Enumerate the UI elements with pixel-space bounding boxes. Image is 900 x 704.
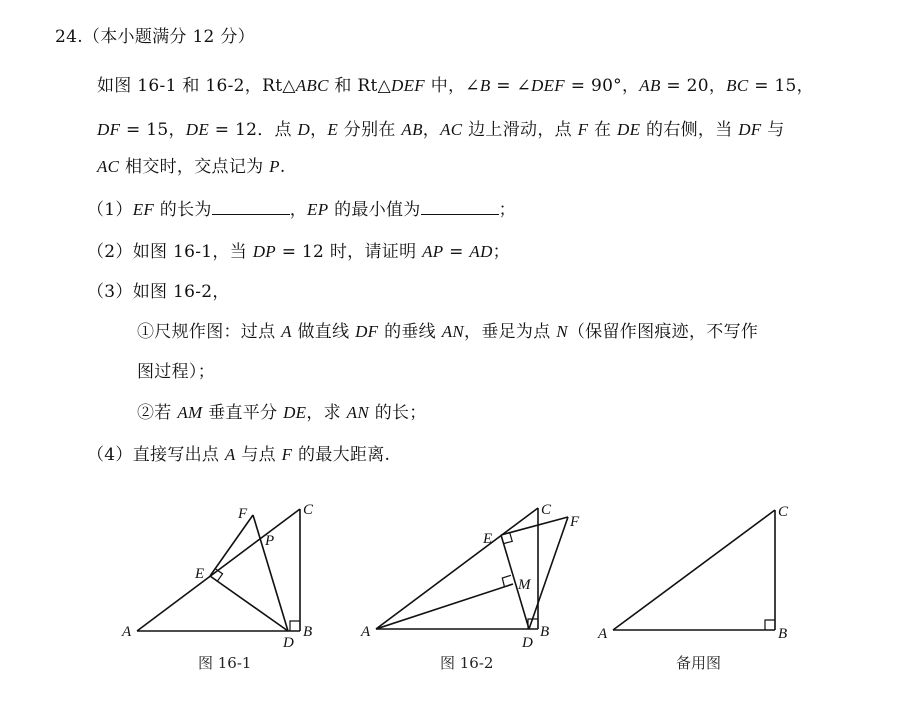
point-label-A: A (360, 624, 371, 640)
point-label-C: C (541, 502, 552, 518)
point-label-P: P (264, 533, 274, 549)
point-label-A: A (597, 626, 608, 642)
segment-EF (210, 515, 253, 576)
figure-caption-spare: 备用图 (676, 652, 721, 673)
right-angle-mark-E (215, 569, 222, 582)
point-label-D: D (521, 635, 533, 651)
segment-AM (376, 584, 513, 629)
figure-2: ABCDEFM (360, 502, 580, 651)
point-label-B: B (778, 626, 787, 642)
segment-EF (501, 517, 568, 535)
point-label-A: A (121, 624, 132, 640)
segment-AC (137, 509, 300, 631)
segment-DF (529, 517, 568, 629)
point-label-F: F (237, 506, 248, 522)
segment-AC (376, 508, 538, 629)
point-label-B: B (303, 624, 312, 640)
figure-caption-16-1: 图 16-1 (198, 652, 251, 673)
point-label-D: D (282, 635, 294, 651)
point-label-C: C (303, 502, 314, 518)
figure-3: ABC (597, 504, 789, 642)
point-label-M: M (517, 577, 532, 593)
point-label-F: F (569, 514, 580, 530)
figure-1: ABCDEFP (121, 502, 314, 651)
right-angle-mark-B (765, 620, 775, 630)
right-angle-mark-B (290, 621, 300, 631)
point-label-C: C (778, 504, 789, 520)
figure-caption-16-2: 图 16-2 (440, 652, 493, 673)
point-label-E: E (194, 566, 204, 582)
segment-AC (613, 510, 775, 630)
point-label-B: B (540, 624, 549, 640)
point-label-E: E (482, 531, 492, 547)
segment-DE (210, 576, 288, 631)
geometry-figures: ABCDEFPABCDEFMABC (0, 0, 900, 704)
